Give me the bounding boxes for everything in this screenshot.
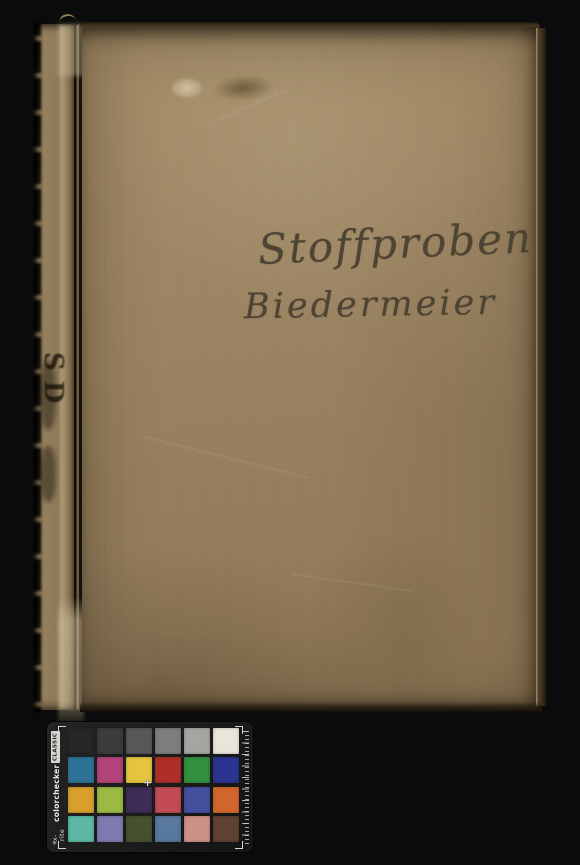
colorchecker-patch-bluish-green xyxy=(68,816,94,842)
colorchecker-patch-orange-yellow xyxy=(68,787,94,813)
colorchecker-patch-orange xyxy=(213,787,239,813)
colorchecker-patch-red xyxy=(155,757,181,783)
spine-repair-patch-top xyxy=(58,24,84,76)
book: SD Stoffproben Biedermeier xyxy=(36,22,546,712)
cover-scratch xyxy=(144,436,309,478)
handwriting-title-line1: Stoffproben xyxy=(257,213,534,274)
spine-title-text: SD xyxy=(38,352,68,652)
colorchecker-brand-label: colorchecker xyxy=(52,764,61,822)
colorchecker-patch-yellow-green xyxy=(97,787,123,813)
center-cross-icon: + xyxy=(143,776,152,789)
cover-stain-light xyxy=(170,77,204,99)
colorchecker-patch-neutral-5 xyxy=(126,728,152,754)
colorchecker-patch-foliage xyxy=(126,816,152,842)
colorchecker-patch-blue-flower xyxy=(97,816,123,842)
colorchecker-patch-blue xyxy=(213,757,239,783)
colorchecker-patch-purplish-blue xyxy=(184,787,210,813)
colorchecker-patch-dark-skin xyxy=(213,816,239,842)
page-block-edge xyxy=(536,28,546,706)
cover-bottom-edge xyxy=(80,702,542,712)
colorchecker-classic-badge: CLASSIC xyxy=(51,731,60,763)
colorchecker-patch-purple xyxy=(126,787,152,813)
colorchecker-patch-neutral-6-5 xyxy=(155,728,181,754)
colorchecker-patch-light-skin xyxy=(184,816,210,842)
xrite-brand-label: x-rite xyxy=(52,823,66,841)
xrite-logo-icon: ✳ xyxy=(52,841,57,847)
colorchecker-patch-blue-sky xyxy=(155,816,181,842)
cover-scratch xyxy=(293,574,412,592)
colorchecker-patch-black xyxy=(68,728,94,754)
photo-stage: SD Stoffproben Biedermeier CLASSIC color… xyxy=(0,0,580,865)
colorchecker-card: CLASSIC colorchecker x-rite ✳ + xyxy=(47,722,253,852)
colorchecker-patch-moderate-red xyxy=(155,787,181,813)
colorchecker-patch-cyan xyxy=(68,757,94,783)
registration-corner-icon xyxy=(58,841,66,849)
colorchecker-grid xyxy=(68,728,239,842)
colorchecker-patch-neutral-8 xyxy=(184,728,210,754)
handwriting-title-line2: Biedermeier xyxy=(244,283,498,327)
colorchecker-patch-neutral-3-5 xyxy=(97,728,123,754)
colorchecker-patch-green xyxy=(184,757,210,783)
colorchecker-patch-magenta xyxy=(97,757,123,783)
ruler-minor-ticks xyxy=(245,731,249,845)
book-front-cover: Stoffproben Biedermeier xyxy=(82,27,538,710)
registration-corner-icon xyxy=(58,726,66,734)
